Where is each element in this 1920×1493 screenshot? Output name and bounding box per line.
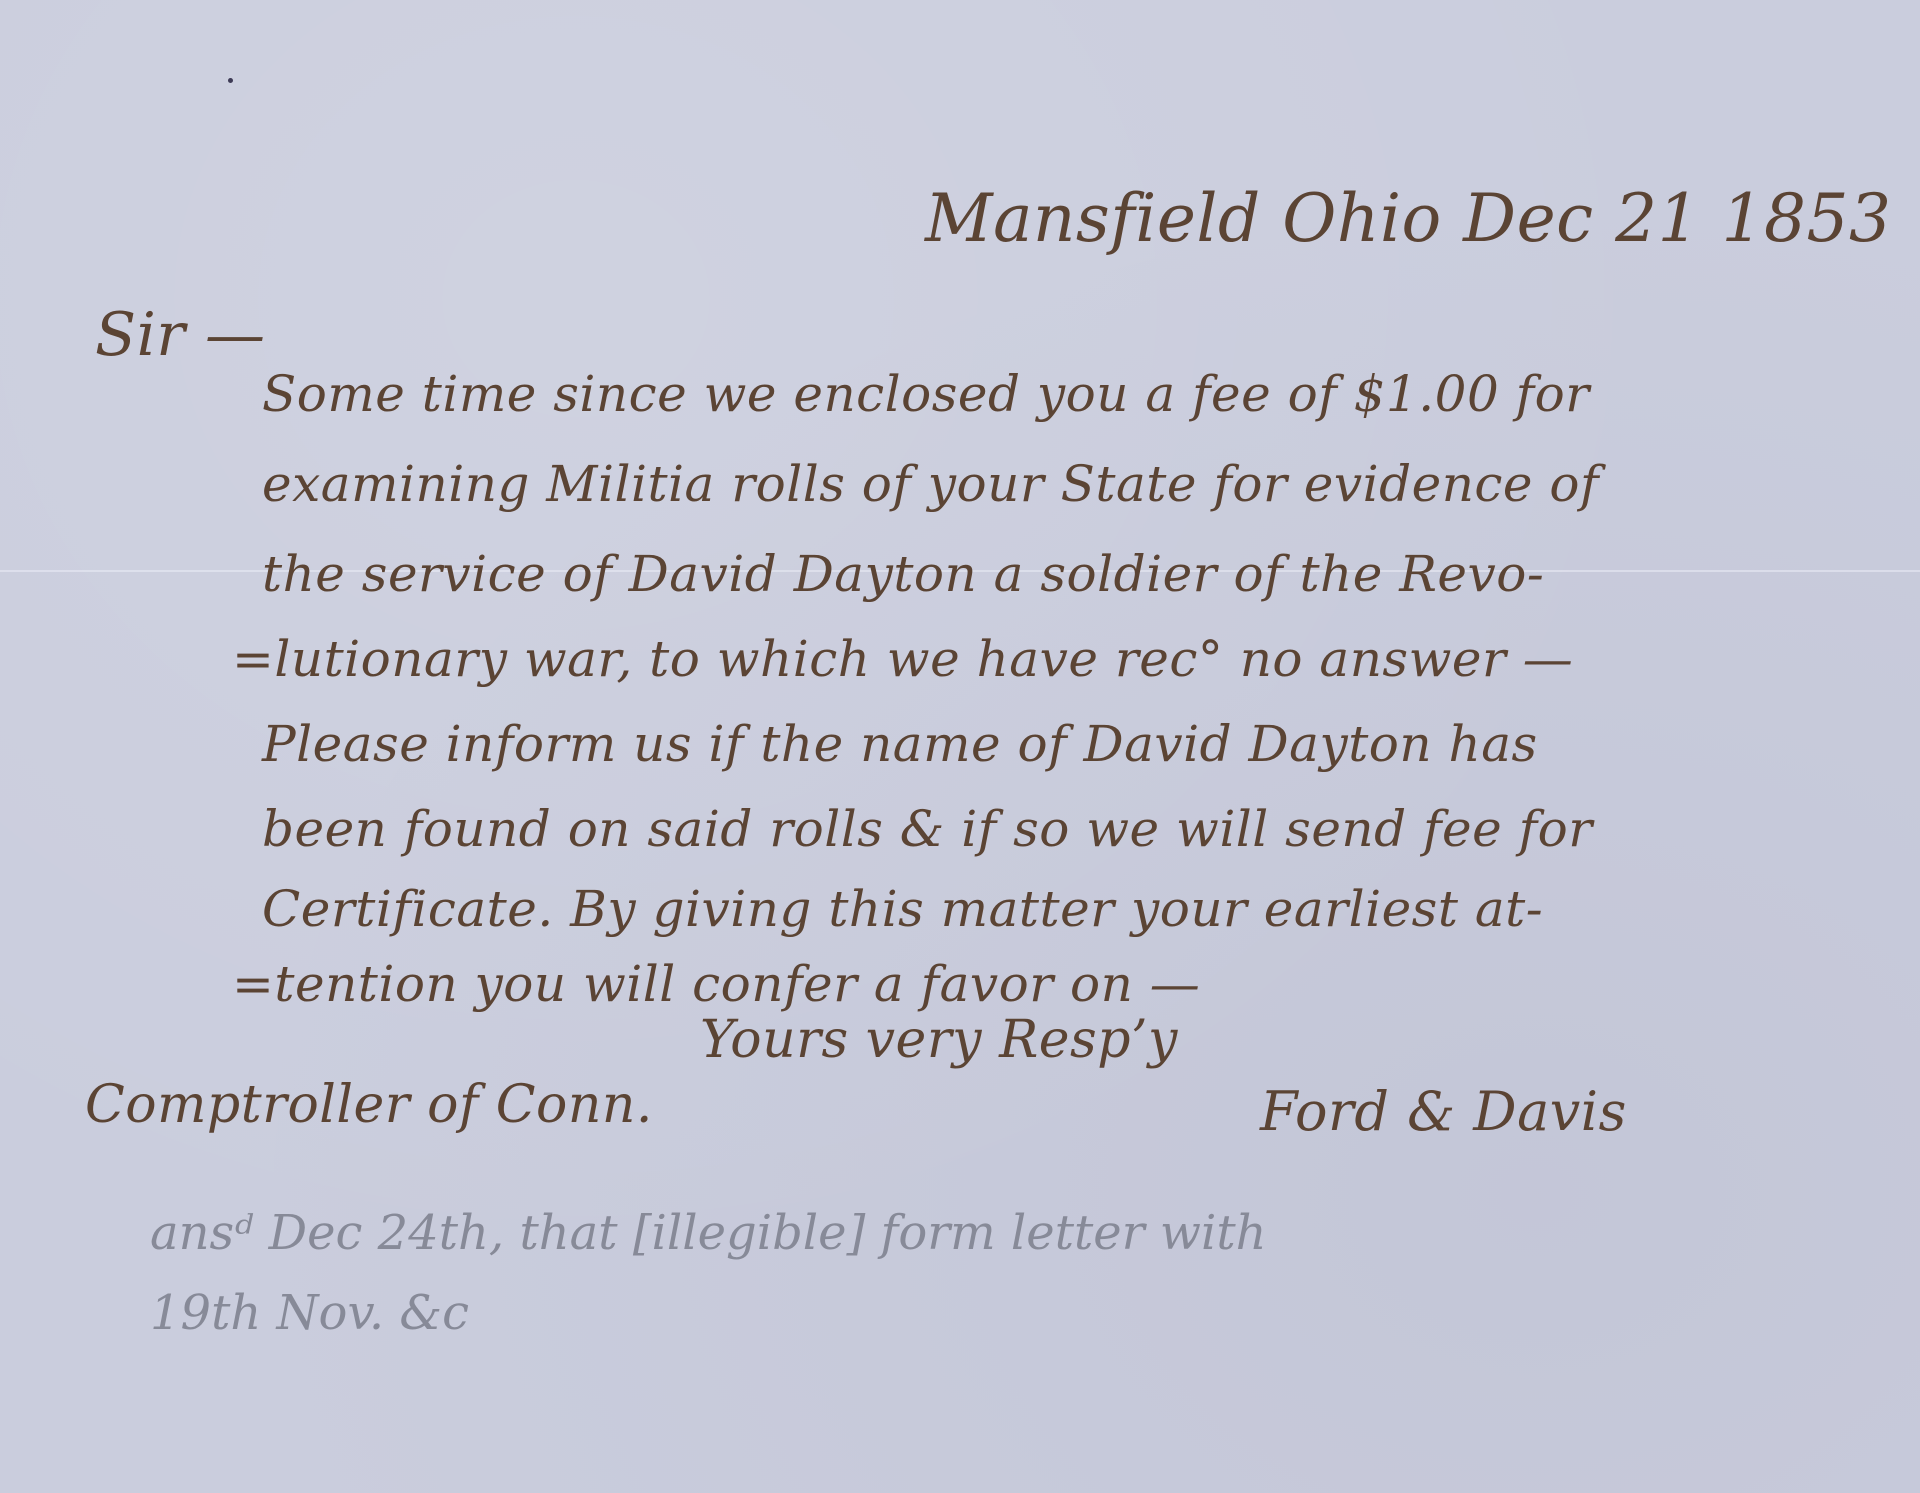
addressee: Comptroller of Conn.: [85, 1075, 653, 1135]
body-line: Please inform us if the name of David Da…: [262, 715, 1538, 773]
pencil-note-line: 19th Nov. &c: [150, 1285, 469, 1341]
body-line: Certificate. By giving this matter your …: [262, 880, 1543, 938]
body-line: examining Militia rolls of your State fo…: [262, 455, 1599, 513]
signature: Ford & Davis: [1260, 1080, 1627, 1143]
body-line: =lutionary war, to which we have rec° no…: [232, 630, 1573, 688]
dateline: Mansfield Ohio Dec 21 1853: [925, 180, 1892, 257]
body-line: the service of David Dayton a soldier of…: [262, 545, 1544, 603]
body-line: Some time since we enclosed you a fee of…: [262, 365, 1590, 423]
body-line: been found on said rolls & if so we will…: [262, 800, 1593, 858]
closing: Yours very Resp’y: [700, 1010, 1178, 1070]
pencil-note-line: ansᵈ Dec 24th, that [illegible] form let…: [150, 1205, 1267, 1261]
body-line: =tention you will confer a favor on —: [232, 955, 1200, 1013]
salutation: Sir —: [95, 300, 266, 370]
paper-speck: [228, 78, 233, 83]
